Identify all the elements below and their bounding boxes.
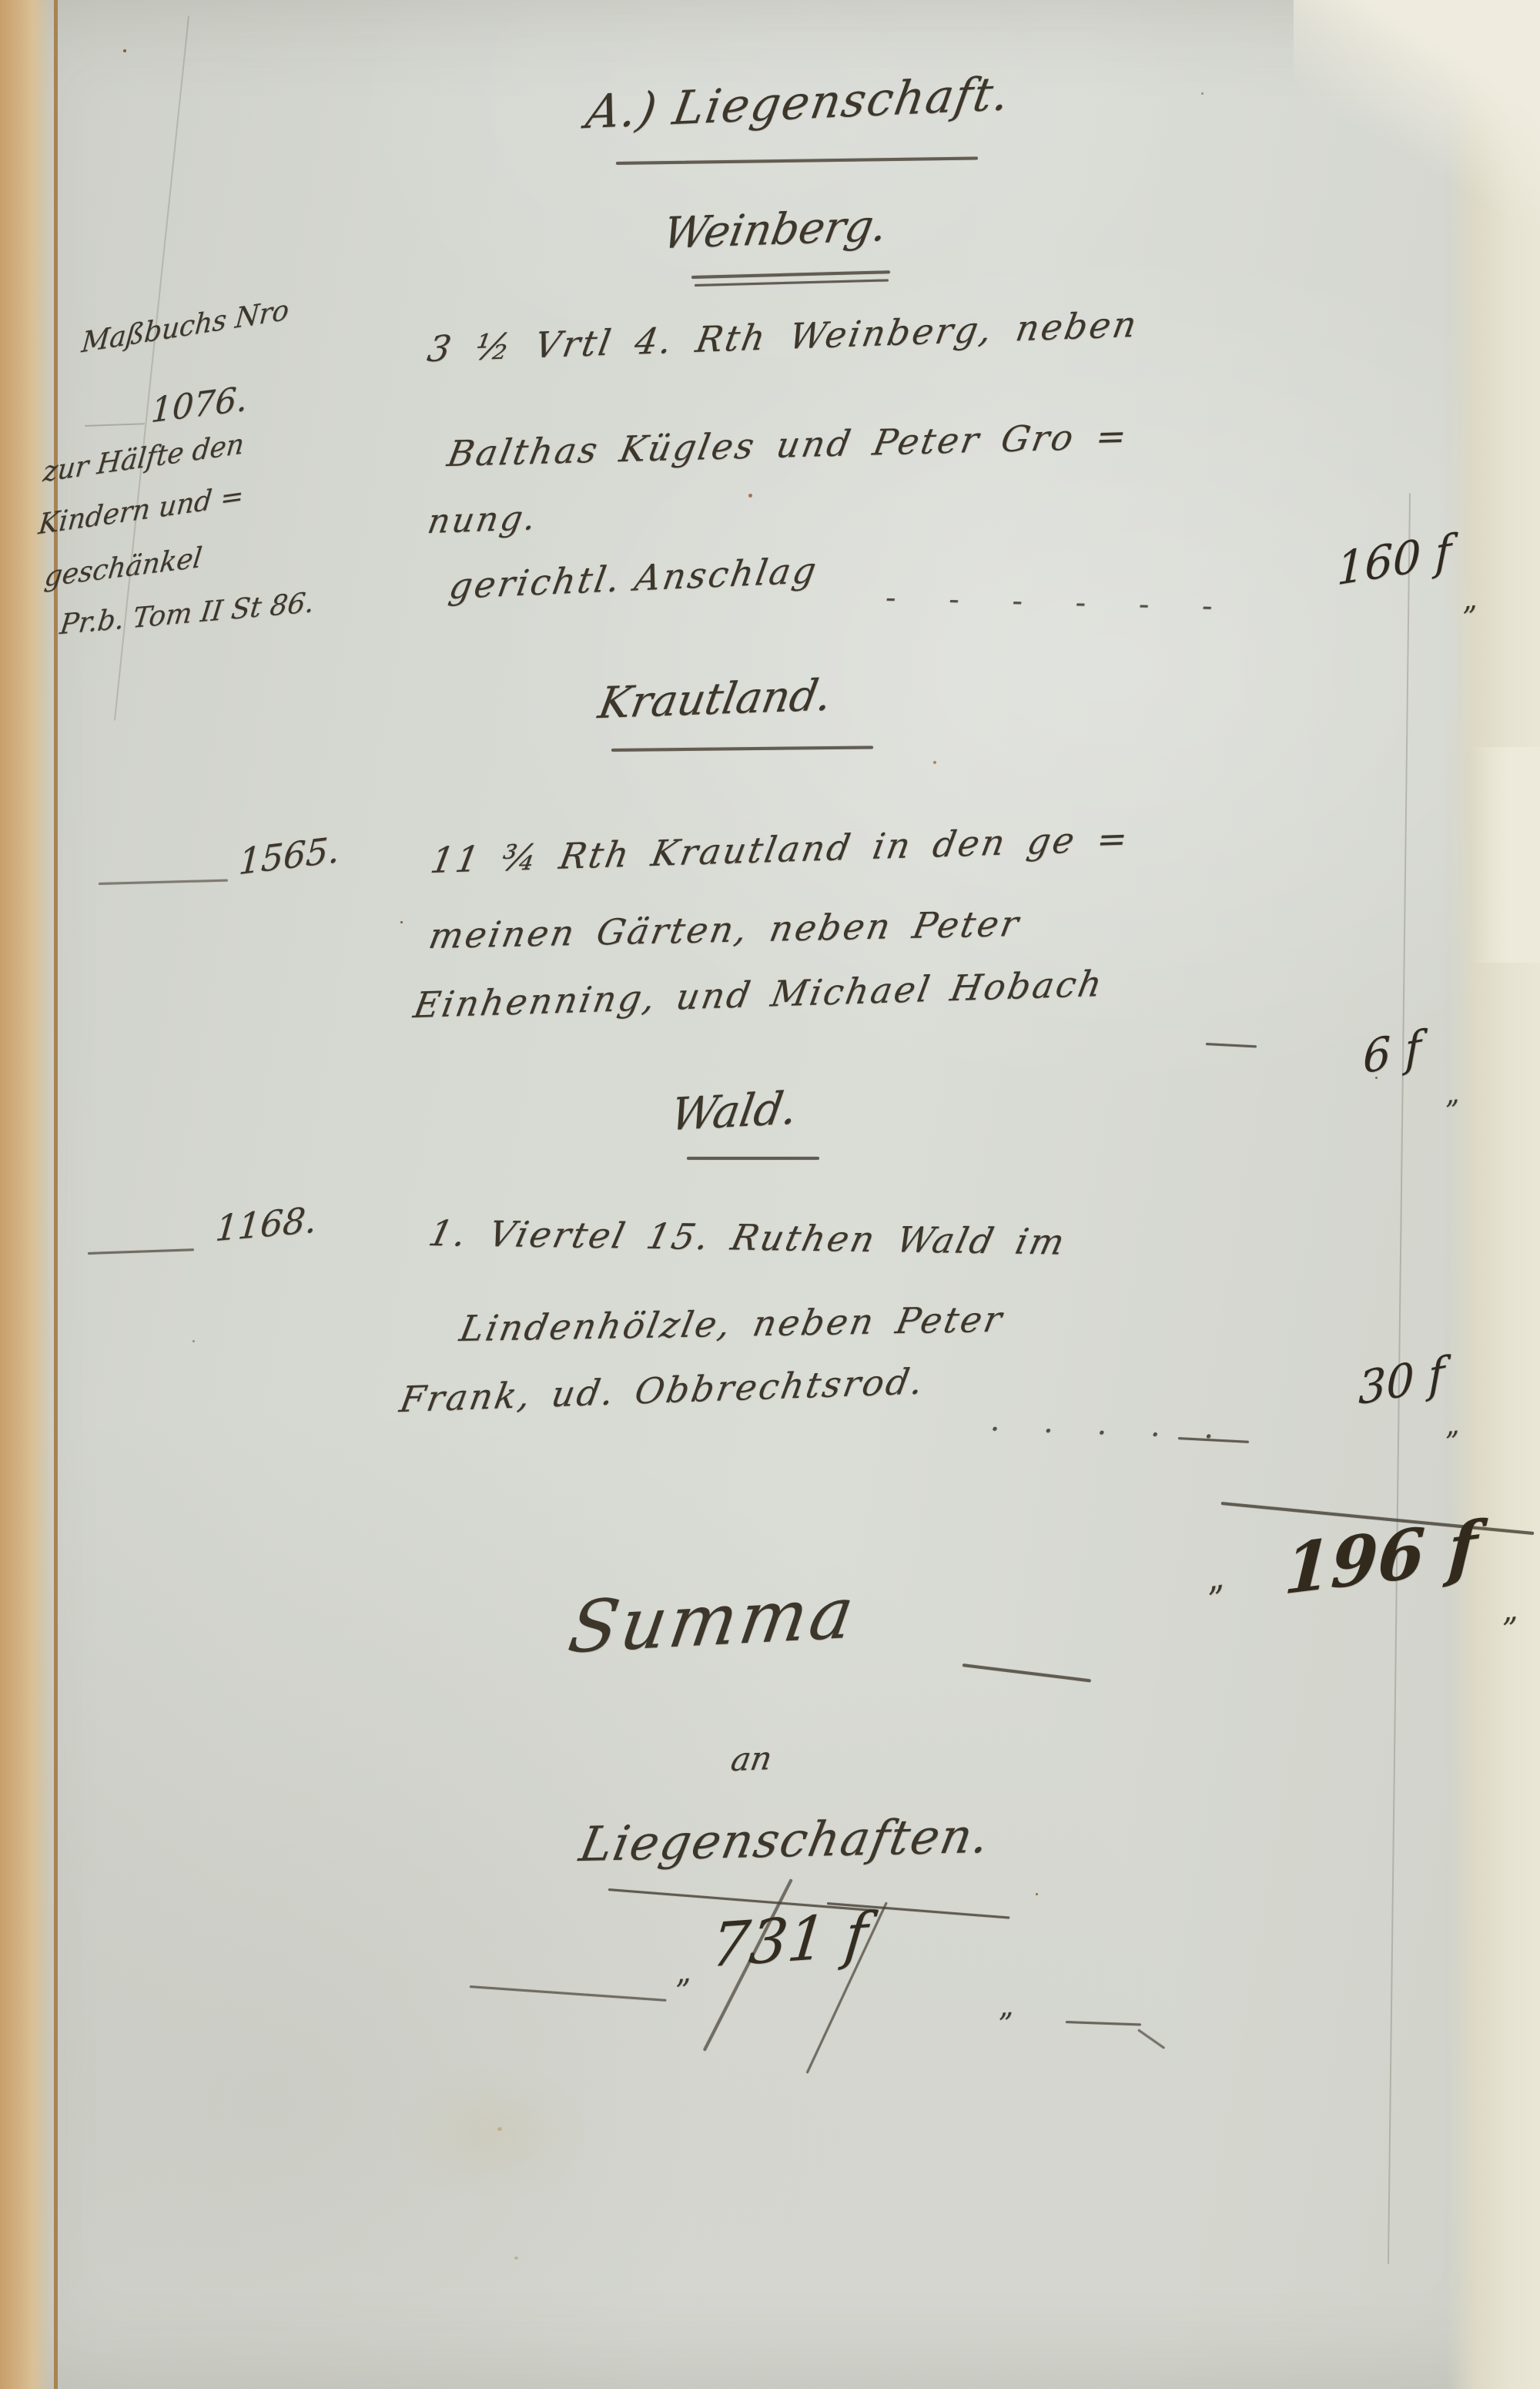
paper-speck: [514, 2257, 518, 2260]
margin-note-parcel-number: 1076.: [150, 382, 248, 428]
total-prefix-mark: „: [673, 1956, 692, 1989]
manuscript-photo: A.) Liegenschaft. Weinberg. Maßbuchs Nro…: [0, 0, 1540, 2389]
paper-speck: [123, 49, 126, 52]
entry-line-appraisal: gerichtl. Anschlag: [447, 552, 821, 604]
leader-dashes: - - - - - -: [885, 582, 1234, 622]
summa-tail-dash: [962, 1664, 1091, 1682]
leader-dash: [1206, 1043, 1257, 1047]
margin-note-protocol-ref: Pr.b. Tom II St 86.: [59, 589, 316, 639]
entry-line: Lindenhölzle, neben Peter: [457, 1302, 1007, 1346]
entry-value: 160 f: [1336, 528, 1451, 591]
total-value: 731 f: [708, 1905, 870, 1976]
entry-value: 6 f: [1363, 1024, 1421, 1080]
entry-line: 1. Viertel 15. Ruthen Wald im: [426, 1215, 1070, 1259]
entry-line: Balthas Kügles und Peter Gro =: [445, 418, 1132, 471]
total-lead-dash: [470, 1985, 667, 2002]
weinberg-underline: [695, 279, 889, 286]
page-edge-notch-right: [1471, 747, 1540, 963]
subtotal-prefix-mark: „: [1203, 1560, 1226, 1597]
value-kreuzer-mark: „: [1443, 1080, 1460, 1109]
entry-line: 11 ¾ Rth Krautland in den ge =: [428, 820, 1133, 878]
value-kreuzer-mark: „: [1460, 584, 1478, 615]
margin-note-parcel-number: 1168.: [214, 1201, 318, 1246]
section-heading-weinberg: Weinberg.: [660, 205, 890, 256]
margin-note-massbuch-label: Maßbuchs Nro: [80, 297, 290, 358]
value-kreuzer-mark: „: [997, 1991, 1014, 2021]
value-kreuzer-mark: „: [1500, 1594, 1518, 1627]
book-edge-left: [0, 0, 58, 2389]
margin-note-line: geschänkel: [43, 544, 203, 592]
summa-object: Liegenschaften.: [576, 1812, 994, 1868]
total-tail-dash: [1066, 2021, 1141, 2025]
page-title: A.) Liegenschaft.: [583, 71, 1014, 136]
summa-connector: an: [728, 1742, 775, 1776]
page-corner-top-right: [1294, 0, 1540, 262]
paper-speck: [1201, 92, 1204, 95]
wald-underline: [687, 1157, 819, 1160]
entry-line: Einhenning, und Michael Hobach: [411, 966, 1107, 1023]
section-heading-wald: Wald.: [668, 1085, 800, 1137]
krautland-underline: [611, 746, 873, 751]
value-kreuzer-mark: „: [1443, 1411, 1460, 1440]
section-heading-krautland: Krautland.: [595, 674, 835, 725]
page-title-underline: [616, 156, 978, 164]
entry-value: 30 f: [1358, 1351, 1445, 1412]
margin-note-parcel-number: 1565.: [238, 832, 340, 880]
paper-speck: [192, 1340, 195, 1342]
total-tail-hook: [1137, 2029, 1165, 2049]
margin-dash: [85, 423, 145, 427]
margin-dash: [99, 880, 228, 885]
paper-speck: [1036, 1893, 1038, 1895]
paper-speck: [748, 494, 752, 498]
summa-title: Summa: [564, 1577, 862, 1664]
entry-line: 3 ½ Vrtl 4. Rth Weinberg, neben: [425, 307, 1141, 367]
entry-line: meinen Gärten, neben Peter: [427, 906, 1024, 953]
paper-speck: [497, 2127, 502, 2131]
margin-dash: [88, 1248, 194, 1255]
paper-speck: [933, 761, 936, 764]
entry-line: nung.: [425, 501, 541, 539]
page-edge-right-strip: [1448, 0, 1540, 2389]
paper-speck: [400, 921, 403, 923]
entry-line: Frank, ud. Obbrechtsrod.: [397, 1363, 928, 1417]
weinberg-underline: [691, 270, 890, 278]
paper-stain-bottom-left: [362, 2041, 624, 2226]
margin-note-line: Kindern und =: [37, 482, 245, 539]
